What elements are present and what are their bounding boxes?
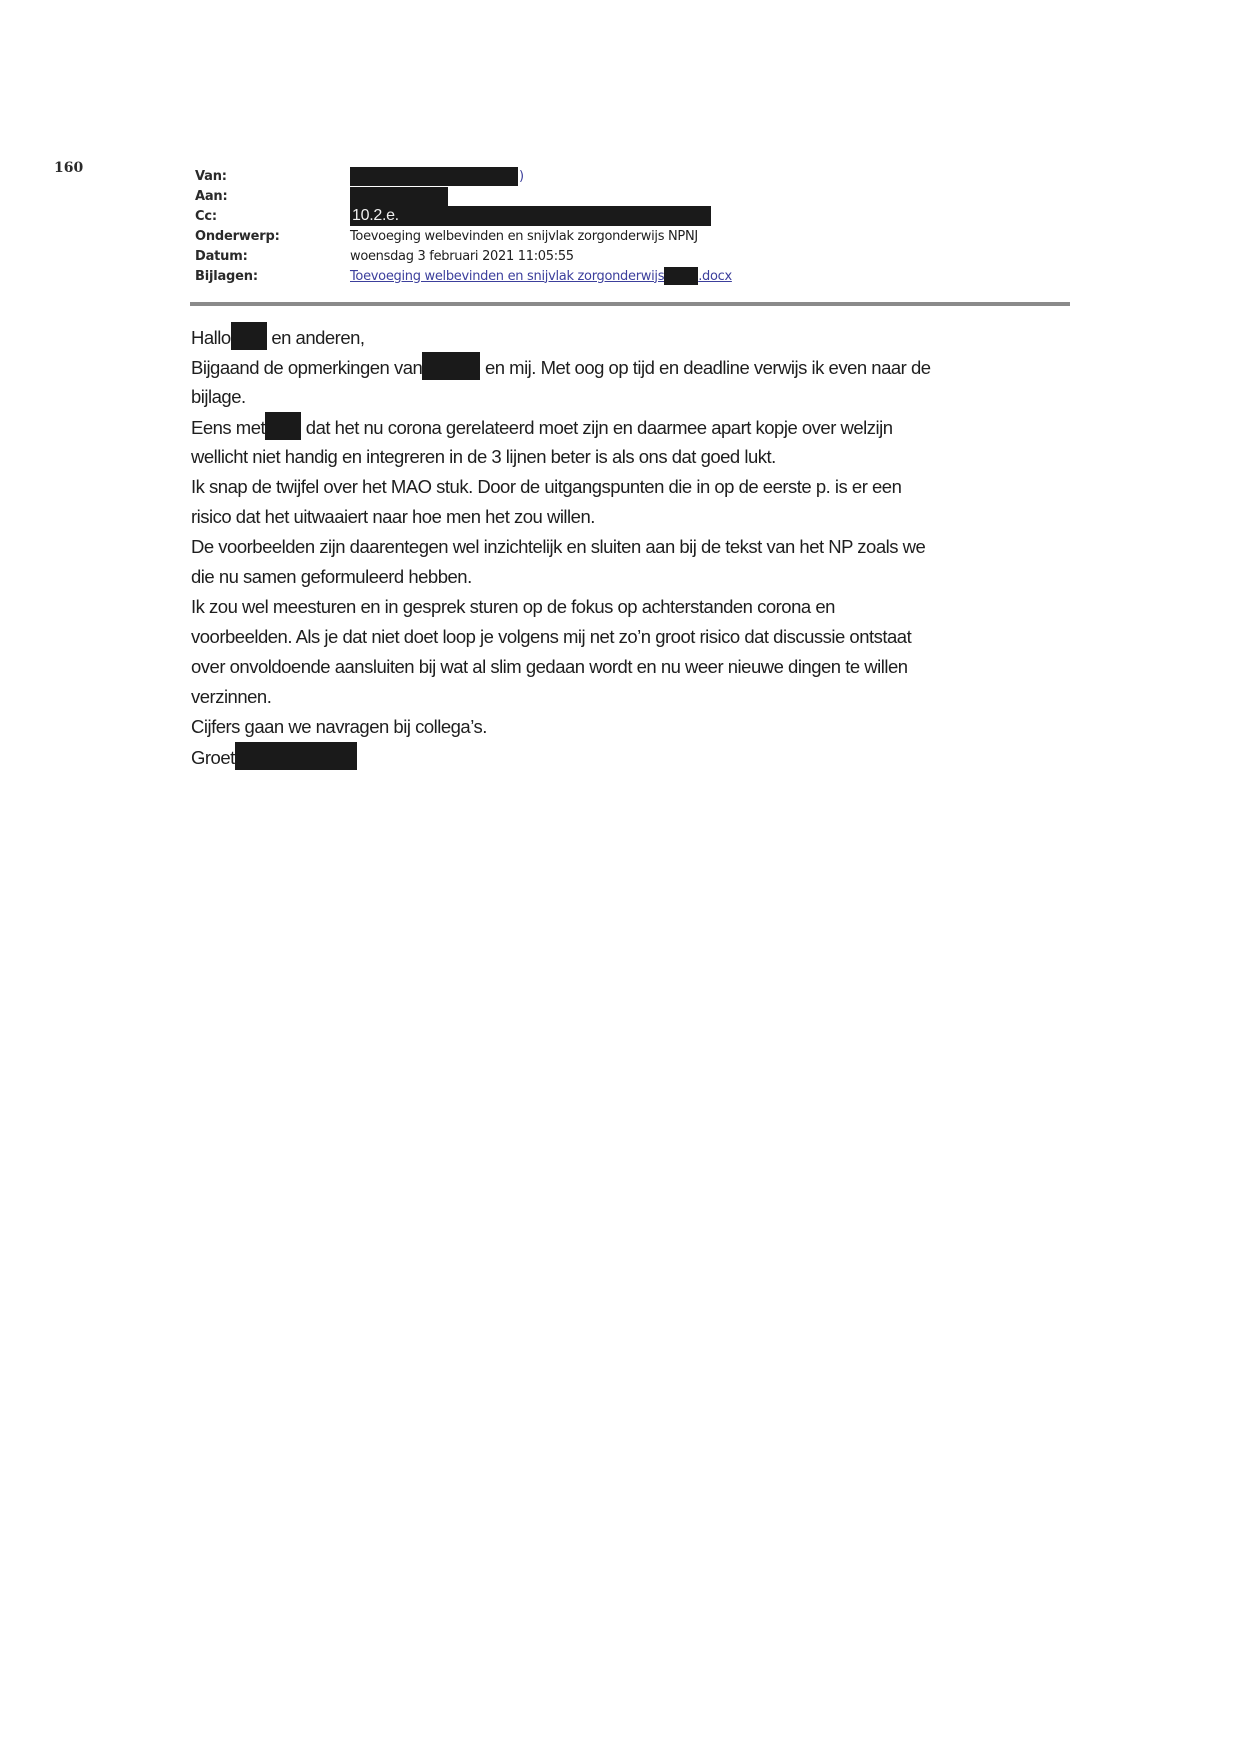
from-value: ) [350, 167, 524, 186]
body-line: Ik zou wel meesturen en in gesprek sture… [191, 592, 1091, 622]
cc-label: Cc: [195, 209, 350, 224]
body-line: die nu samen geformuleerd hebben. [191, 562, 1091, 592]
redaction-body [265, 412, 301, 440]
redaction-signature [235, 742, 357, 770]
body-line: over onvoldoende aansluiten bij wat al s… [191, 652, 1091, 682]
to-value [350, 187, 448, 206]
attachment-link[interactable]: Toevoeging welbevinden en snijvlak zorgo… [350, 267, 732, 285]
subject-value: Toevoeging welbevinden en snijvlak zorgo… [350, 229, 698, 244]
body-line: Hallo en anderen, [191, 322, 1091, 352]
greeting-text: Hallo [191, 327, 231, 348]
body-text-segment: en mij. Met oog op tijd en deadline verw… [485, 357, 931, 378]
header-row-to: Aan: [195, 186, 1075, 206]
header-row-date: Datum: woensdag 3 februari 2021 11:05:55 [195, 246, 1075, 266]
body-text-segment: dat het nu corona gerelateerd moet zijn … [306, 417, 893, 438]
email-body: Hallo en anderen, Bijgaand de opmerkinge… [191, 322, 1091, 772]
body-line: voorbeelden. Als je dat niet doet loop j… [191, 622, 1091, 652]
attachment-link-suffix[interactable]: .docx [698, 269, 732, 284]
body-line: Bijgaand de opmerkingen van en mij. Met … [191, 352, 1091, 382]
body-line: bijlage. [191, 382, 1091, 412]
body-line: Eens met dat het nu corona gerelateerd m… [191, 412, 1091, 442]
redaction-from [350, 167, 518, 186]
redaction-attachment [664, 267, 698, 285]
body-line: Ik snap de twijfel over het MAO stuk. Do… [191, 472, 1091, 502]
header-separator [190, 302, 1070, 306]
signoff-text: Groet [191, 747, 235, 768]
email-header: Van: ) Aan: Cc: 10.2.e. Onderwerp: Toevo… [195, 166, 1075, 286]
header-row-attachments: Bijlagen: Toevoeging welbevinden en snij… [195, 266, 1075, 286]
date-value: woensdag 3 februari 2021 11:05:55 [350, 249, 574, 264]
date-label: Datum: [195, 249, 350, 264]
body-line: verzinnen. [191, 682, 1091, 712]
header-row-cc: Cc: 10.2.e. [195, 206, 1075, 226]
header-row-subject: Onderwerp: Toevoeging welbevinden en sni… [195, 226, 1075, 246]
to-label: Aan: [195, 189, 350, 204]
from-suffix: ) [519, 169, 524, 184]
body-line-signoff: Groet [191, 742, 1091, 772]
page-number: 160 [54, 160, 83, 176]
greeting-text-cont: en anderen, [271, 327, 364, 348]
body-line: De voorbeelden zijn daarentegen wel inzi… [191, 532, 1091, 562]
body-text-segment: Eens met [191, 417, 265, 438]
from-label: Van: [195, 169, 350, 184]
attachment-link-prefix[interactable]: Toevoeging welbevinden en snijvlak zorgo… [350, 269, 664, 284]
subject-label: Onderwerp: [195, 229, 350, 244]
cc-value: 10.2.e. [350, 206, 711, 226]
redaction-to [350, 187, 448, 206]
body-line: Cijfers gaan we navragen bij collega’s. [191, 712, 1091, 742]
attachments-label: Bijlagen: [195, 269, 350, 284]
redaction-body [422, 352, 480, 380]
redaction-cc: 10.2.e. [350, 206, 711, 226]
body-line: risico dat het uitwaaiert naar hoe men h… [191, 502, 1091, 532]
body-line: wellicht niet handig en integreren in de… [191, 442, 1091, 472]
header-row-from: Van: ) [195, 166, 1075, 186]
redaction-body [231, 322, 267, 350]
body-text-segment: Bijgaand de opmerkingen van [191, 357, 422, 378]
